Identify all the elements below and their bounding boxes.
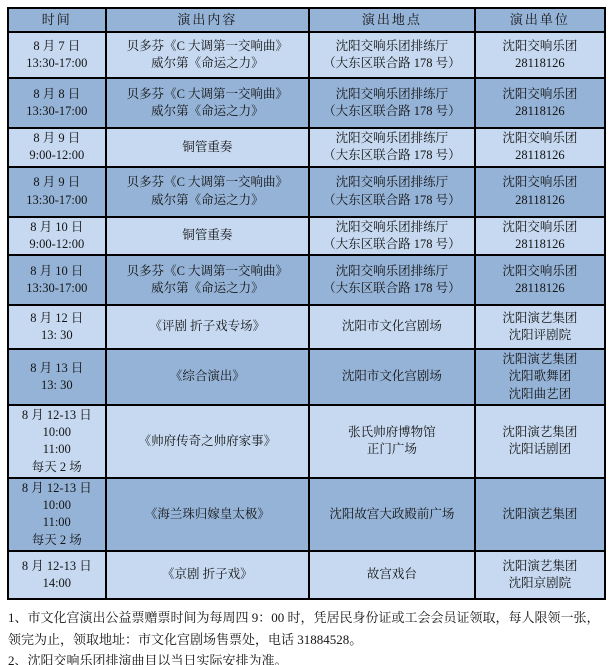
cell-content: 《海兰珠归嫁皇太极》 [106,478,309,551]
cell-unit: 沈阳演艺集团 沈阳京剧院 [475,551,605,599]
cell-unit: 沈阳演艺集团 沈阳歌舞团 沈阳曲艺团 [475,349,605,405]
table-row: 8 月 10 日 9:00-12:00 铜管重奏 沈阳交响乐团排练厅 （大东区联… [8,217,605,256]
cell-location: 沈阳交响乐团排练厅 （大东区联合路 178 号） [309,78,475,128]
table-row: 8 月 12-13 日 10:00 11:00 每天 2 场 《帅府传奇之帅府家… [8,405,605,478]
cell-content: 《综合演出》 [106,349,309,405]
cell-unit: 沈阳交响乐团 28118126 [475,78,605,128]
footnote-1: 1、市文化宫演出公益票赠票时间为每周四 9：00 时，凭居民身份证或工会会员证领… [8,607,601,651]
cell-unit: 沈阳交响乐团 28118126 [475,32,605,78]
cell-time: 8 月 13 日 13: 30 [8,349,106,405]
table-row: 8 月 13 日 13: 30 《综合演出》 沈阳市文化宫剧场 沈阳演艺集团 沈… [8,349,605,405]
header-location: 演出地点 [309,8,475,32]
cell-content: 贝多芬《C 大调第一交响曲》 威尔第《命运之力》 [106,255,309,305]
cell-content: 《京剧 折子戏》 [106,551,309,599]
cell-time: 8 月 9 日 13:30-17:00 [8,167,106,217]
cell-time: 8 月 9 日 9:00-12:00 [8,128,106,167]
cell-time: 8 月 10 日 9:00-12:00 [8,217,106,256]
cell-time: 8 月 8 日 13:30-17:00 [8,78,106,128]
cell-unit: 沈阳演艺集团 [475,478,605,551]
performance-schedule-table: 时间 演出内容 演出地点 演出单位 8 月 7 日 13:30-17:00 贝多… [7,7,606,600]
cell-location: 沈阳市文化宫剧场 [309,305,475,349]
table-header-row: 时间 演出内容 演出地点 演出单位 [8,8,605,32]
cell-content: 《评剧 折子戏专场》 [106,305,309,349]
cell-location: 沈阳交响乐团排练厅 （大东区联合路 178 号） [309,255,475,305]
table-row: 8 月 10 日 13:30-17:00 贝多芬《C 大调第一交响曲》 威尔第《… [8,255,605,305]
table-row: 8 月 8 日 13:30-17:00 贝多芬《C 大调第一交响曲》 威尔第《命… [8,78,605,128]
table-row: 8 月 12-13 日 14:00 《京剧 折子戏》 故宫戏台 沈阳演艺集团 沈… [8,551,605,599]
header-time: 时间 [8,8,106,32]
cell-unit: 沈阳交响乐团 28118126 [475,255,605,305]
cell-location: 沈阳交响乐团排练厅 （大东区联合路 178 号） [309,217,475,256]
cell-content: 铜管重奏 [106,217,309,256]
cell-content: 《帅府传奇之帅府家事》 [106,405,309,478]
cell-content: 贝多芬《C 大调第一交响曲》 威尔第《命运之力》 [106,167,309,217]
cell-content: 铜管重奏 [106,128,309,167]
cell-unit: 沈阳交响乐团 28118126 [475,217,605,256]
footnote-2: 2、沈阳交响乐团排演曲目以当日实际安排为准。 [8,650,601,665]
cell-time: 8 月 7 日 13:30-17:00 [8,32,106,78]
table-row: 8 月 9 日 13:30-17:00 贝多芬《C 大调第一交响曲》 威尔第《命… [8,167,605,217]
cell-content: 贝多芬《C 大调第一交响曲》 威尔第《命运之力》 [106,32,309,78]
header-unit: 演出单位 [475,8,605,32]
table-row: 8 月 9 日 9:00-12:00 铜管重奏 沈阳交响乐团排练厅 （大东区联合… [8,128,605,167]
cell-time: 8 月 12 日 13: 30 [8,305,106,349]
cell-location: 沈阳交响乐团排练厅 （大东区联合路 178 号） [309,32,475,78]
cell-time: 8 月 12-13 日 10:00 11:00 每天 2 场 [8,478,106,551]
cell-location: 沈阳市文化宫剧场 [309,349,475,405]
footnotes: 1、市文化宫演出公益票赠票时间为每周四 9：00 时，凭居民身份证或工会会员证领… [7,600,607,665]
cell-location: 张氏帅府博物馆 正门广场 [309,405,475,478]
cell-time: 8 月 12-13 日 14:00 [8,551,106,599]
cell-content: 贝多芬《C 大调第一交响曲》 威尔第《命运之力》 [106,78,309,128]
document-page: 时间 演出内容 演出地点 演出单位 8 月 7 日 13:30-17:00 贝多… [0,0,612,665]
cell-location: 沈阳故宫大政殿前广场 [309,478,475,551]
cell-unit: 沈阳演艺集团 沈阳评剧院 [475,305,605,349]
cell-location: 沈阳交响乐团排练厅 （大东区联合路 178 号） [309,167,475,217]
cell-unit: 沈阳交响乐团 28118126 [475,128,605,167]
cell-time: 8 月 10 日 13:30-17:00 [8,255,106,305]
cell-time: 8 月 12-13 日 10:00 11:00 每天 2 场 [8,405,106,478]
cell-unit: 沈阳演艺集团 沈阳话剧团 [475,405,605,478]
table-row: 8 月 12 日 13: 30 《评剧 折子戏专场》 沈阳市文化宫剧场 沈阳演艺… [8,305,605,349]
table-row: 8 月 12-13 日 10:00 11:00 每天 2 场 《海兰珠归嫁皇太极… [8,478,605,551]
cell-unit: 沈阳交响乐团 28118126 [475,167,605,217]
header-content: 演出内容 [106,8,309,32]
cell-location: 故宫戏台 [309,551,475,599]
cell-location: 沈阳交响乐团排练厅 （大东区联合路 178 号） [309,128,475,167]
table-row: 8 月 7 日 13:30-17:00 贝多芬《C 大调第一交响曲》 威尔第《命… [8,32,605,78]
